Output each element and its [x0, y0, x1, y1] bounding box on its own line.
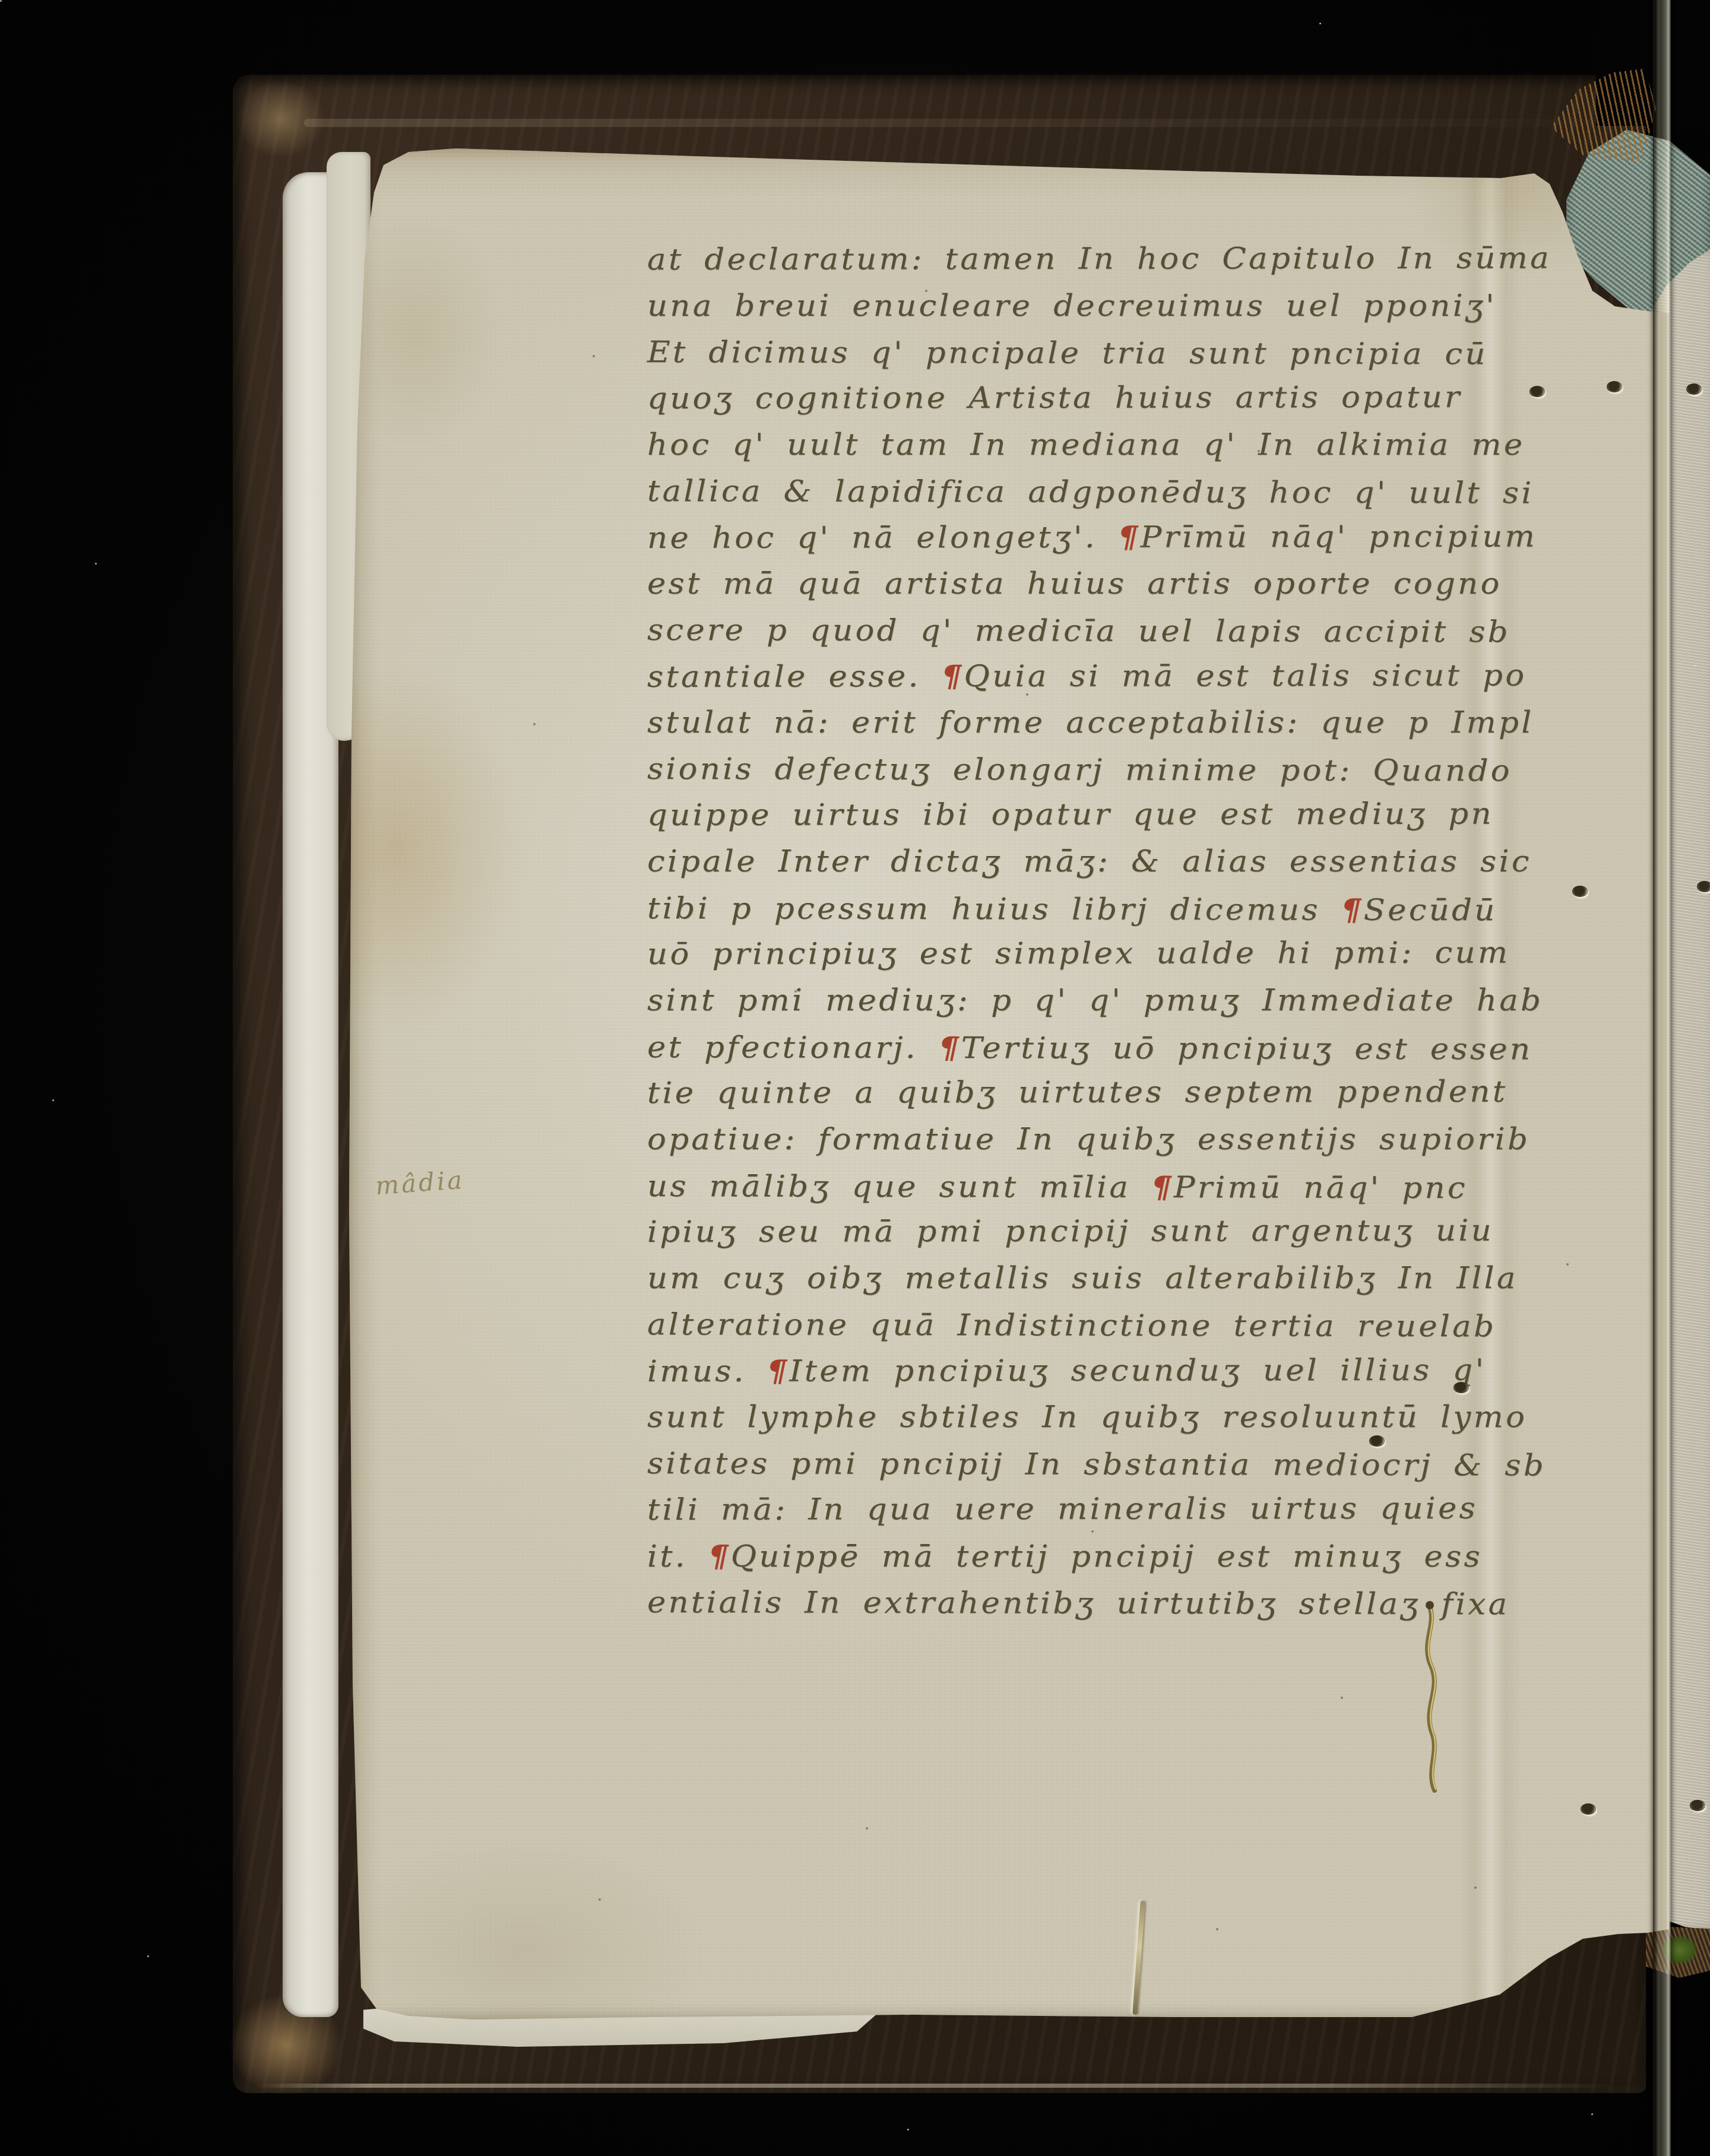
pilcrow-mark: ¶ — [1118, 519, 1141, 554]
ms-line: scere p quod q' medicīa uel lapis accipi… — [647, 614, 1510, 648]
wormhole — [1369, 1435, 1385, 1447]
ms-line: sunt lymphe sbtiles In quibʒ resoluuntū … — [647, 1401, 1527, 1434]
wormhole — [1453, 1382, 1469, 1393]
wormhole — [1607, 381, 1622, 392]
wormhole — [1686, 383, 1702, 395]
pilcrow-mark: ¶ — [1341, 892, 1363, 927]
ms-line: cipale Inter dictaʒ māʒ: & alias essenti… — [647, 845, 1532, 878]
ms-line: at declaratum: tamen In hoc Capitulo In … — [647, 242, 1551, 276]
ms-line: um cuʒ oibʒ metallis suis alterabilibʒ I… — [647, 1262, 1518, 1295]
margin-note: mâdia — [375, 1168, 465, 1199]
ms-line: et pfectionarj. ¶Tertiuʒ uō pncipiuʒ est… — [647, 1031, 1532, 1066]
ms-line: est mā quā artista huius artis oporte co… — [647, 567, 1502, 600]
wormhole — [1690, 1800, 1705, 1811]
parchment-crack-mark — [1411, 1599, 1461, 1795]
pilcrow-mark: ¶ — [941, 658, 964, 693]
ms-line: tallica & lapidifica adgponēduʒ hoc q' u… — [647, 475, 1534, 509]
ms-line: una breui enucleare decreuimus uel pponi… — [647, 290, 1497, 322]
ms-line: entialis In extrahentibʒ uirtutibʒ stell… — [647, 1586, 1510, 1621]
pilcrow-mark: ¶ — [1151, 1169, 1174, 1204]
wormhole — [1529, 386, 1545, 397]
manuscript-photo: at declaratum: tamen In hoc Capitulo In … — [0, 0, 1710, 2156]
ms-line: Et dicimus q' pncipale tria sunt pncipia… — [647, 336, 1488, 370]
ms-line: stulat nā: erit forme acceptabilis: que … — [647, 706, 1534, 739]
perspex-weight-strip — [1653, 0, 1671, 2156]
leather-top-edge-gleam — [304, 119, 1670, 127]
pilcrow-mark: ¶ — [939, 1030, 961, 1065]
text-block: at declaratum: tamen In hoc Capitulo In … — [343, 141, 1670, 2023]
manuscript-page: at declaratum: tamen In hoc Capitulo In … — [343, 141, 1670, 2023]
wormhole — [1572, 886, 1588, 897]
ms-line: it. ¶Quippē mā tertij pncipij est minuʒ … — [647, 1540, 1483, 1573]
ms-line: us mālibʒ que sunt mīlia ¶Primū nāq' pnc — [647, 1169, 1468, 1204]
ms-line: sint pmi mediuʒ: p q' q' pmuʒ Immediate … — [647, 984, 1543, 1017]
dust-specks — [0, 0, 2, 2]
ms-line: tie quinte a quibʒ uirtutes septem ppend… — [647, 1076, 1508, 1109]
ms-line: alteratione quā Indistinctione tertia re… — [647, 1308, 1496, 1343]
ms-line: uō principiuʒ est simplex ualde hi pmi: … — [647, 937, 1510, 971]
wormhole — [1581, 1803, 1596, 1815]
pilcrow-mark: ¶ — [767, 1353, 789, 1388]
ms-line: tili mā: In qua uere mineralis uirtus qu… — [647, 1492, 1478, 1526]
wormhole — [1697, 881, 1710, 892]
ms-line: hoc q' uult tam In mediana q' In alkimia… — [647, 429, 1525, 461]
ms-line: imus. ¶Item pncipiuʒ secunduʒ uel illius… — [647, 1353, 1486, 1388]
pilcrow-mark: ¶ — [708, 1539, 731, 1574]
ms-line: sionis defectuʒ elongarj minime pot: Qua… — [647, 753, 1512, 787]
ms-line: ipiuʒ seu mā pmi pncipij sunt argentuʒ u… — [647, 1215, 1494, 1248]
ms-line: quippe uirtus ibi opatur que est mediuʒ … — [647, 798, 1494, 832]
ms-line: ne hoc q' nā elongetʒ'. ¶Prīmū nāq' pnci… — [647, 520, 1537, 554]
ms-line: quoʒ cognitione Artista huius artis opat… — [647, 381, 1462, 415]
ms-line: opatiue: formatiue In quibʒ essentijs su… — [647, 1123, 1530, 1156]
ms-line: stantiale esse. ¶Quia si mā est talis si… — [647, 659, 1527, 693]
ms-line: tibi p pcessum huius librj dicemus ¶Secū… — [647, 892, 1497, 927]
ms-line: sitates pmi pncipij In sbstantia mediocr… — [647, 1447, 1546, 1482]
leather-bottom-edge-gleam — [255, 2084, 1615, 2088]
